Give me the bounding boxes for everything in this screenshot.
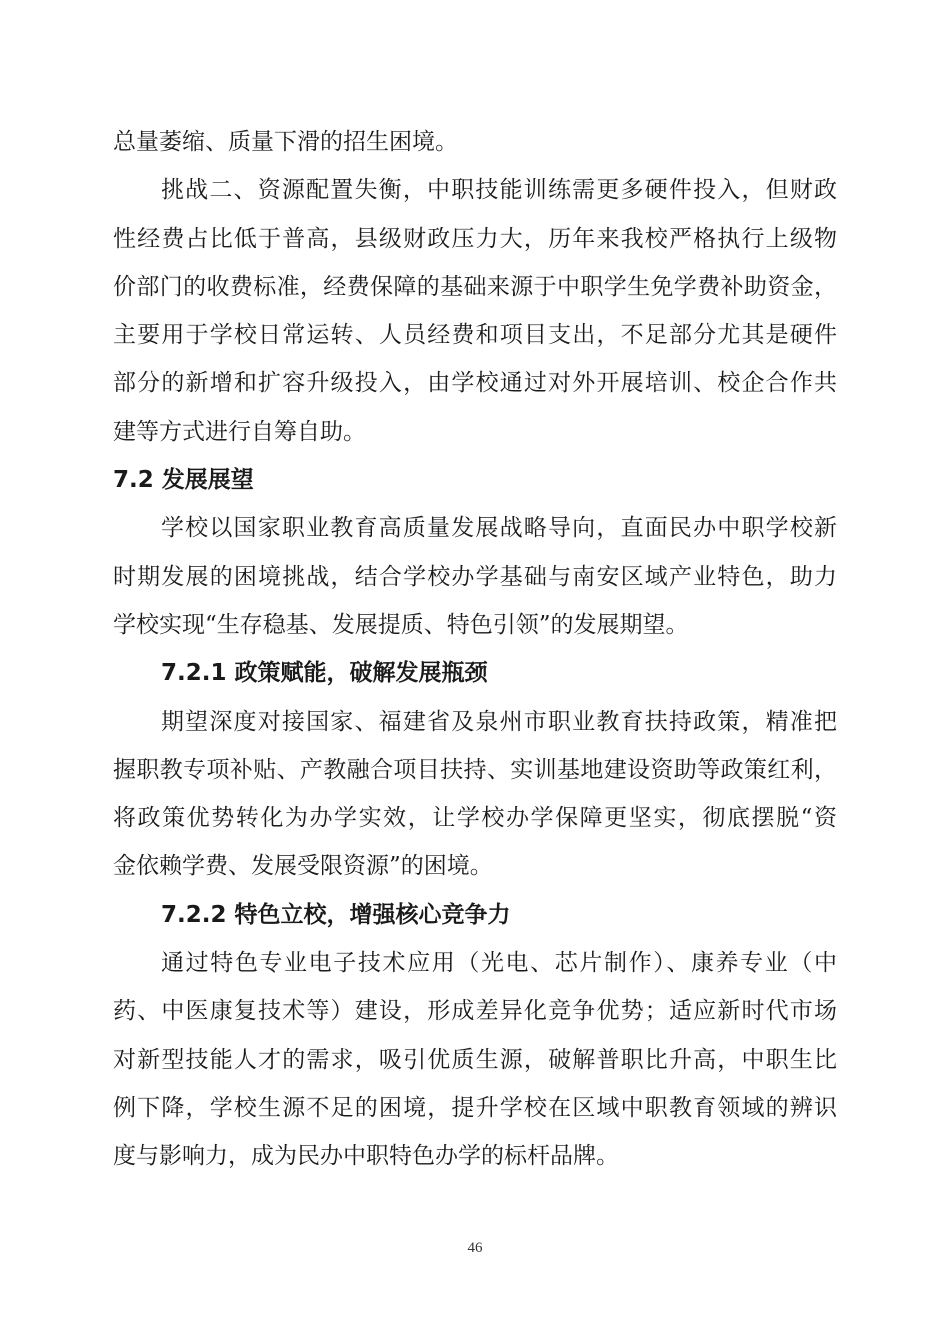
text-line: 例下降，学校生源不足的困境，提升学校在区域中职教育领域的辨识 — [113, 1084, 837, 1132]
section-heading-7-2: 7.2 发展展望 — [113, 456, 837, 504]
text-line: 握职教专项补贴、产教融合项目扶持、实训基地建设资助等政策红利， — [113, 746, 837, 794]
text-line: 将政策优势转化为办学实效，让学校办学保障更坚实，彻底摆脱“资 — [113, 794, 837, 842]
paragraph-policy: 期望深度对接国家、福建省及泉州市职业教育扶持政策，精准把 握职教专项补贴、产教融… — [113, 698, 837, 891]
subsection-heading-7-2-2: 7.2.2 特色立校，增强核心竞争力 — [113, 891, 837, 939]
text-line: 通过特色专业电子技术应用（光电、芯片制作）、康养专业（中 — [113, 939, 837, 987]
text-line: 期望深度对接国家、福建省及泉州市职业教育扶持政策，精准把 — [113, 698, 837, 746]
text-line: 性经费占比低于普高，县级财政压力大，历年来我校严格执行上级物 — [113, 215, 837, 263]
paragraph-outlook: 学校以国家职业教育高质量发展战略导向，直面民办中职学校新 时期发展的困境挑战，结… — [113, 504, 837, 649]
text-line: 度与影响力，成为民办中职特色办学的标杆品牌。 — [113, 1132, 837, 1180]
paragraph-continuation: 总量萎缩、质量下滑的招生困境。 — [113, 118, 837, 166]
text-line: 主要用于学校日常运转、人员经费和项目支出，不足部分尤其是硬件 — [113, 311, 837, 359]
text-line: 对新型技能人才的需求，吸引优质生源，破解普职比升高，中职生比 — [113, 1036, 837, 1084]
paragraph-challenge-two: 挑战二、资源配置失衡，中职技能训练需更多硬件投入，但财政 性经费占比低于普高，县… — [113, 166, 837, 456]
text-line: 总量萎缩、质量下滑的招生困境。 — [113, 118, 837, 166]
text-line: 时期发展的困境挑战，结合学校办学基础与南安区域产业特色，助力 — [113, 553, 837, 601]
text-line: 建等方式进行自筹自助。 — [113, 408, 837, 456]
page-number: 46 — [0, 1240, 950, 1257]
document-page: 总量萎缩、质量下滑的招生困境。 挑战二、资源配置失衡，中职技能训练需更多硬件投入… — [113, 118, 837, 1181]
paragraph-specialty: 通过特色专业电子技术应用（光电、芯片制作）、康养专业（中 药、中医康复技术等）建… — [113, 939, 837, 1180]
text-line: 金依赖学费、发展受限资源”的困境。 — [113, 842, 837, 890]
text-line: 学校以国家职业教育高质量发展战略导向，直面民办中职学校新 — [113, 504, 837, 552]
text-line: 价部门的收费标准，经费保障的基础来源于中职学生免学费补助资金， — [113, 263, 837, 311]
subsection-heading-7-2-1: 7.2.1 政策赋能，破解发展瓶颈 — [113, 649, 837, 697]
text-line: 挑战二、资源配置失衡，中职技能训练需更多硬件投入，但财政 — [113, 166, 837, 214]
text-line: 部分的新增和扩容升级投入，由学校通过对外开展培训、校企合作共 — [113, 359, 837, 407]
text-line: 药、中医康复技术等）建设，形成差异化竞争优势；适应新时代市场 — [113, 987, 837, 1035]
text-line: 学校实现“生存稳基、发展提质、特色引领”的发展期望。 — [113, 601, 837, 649]
